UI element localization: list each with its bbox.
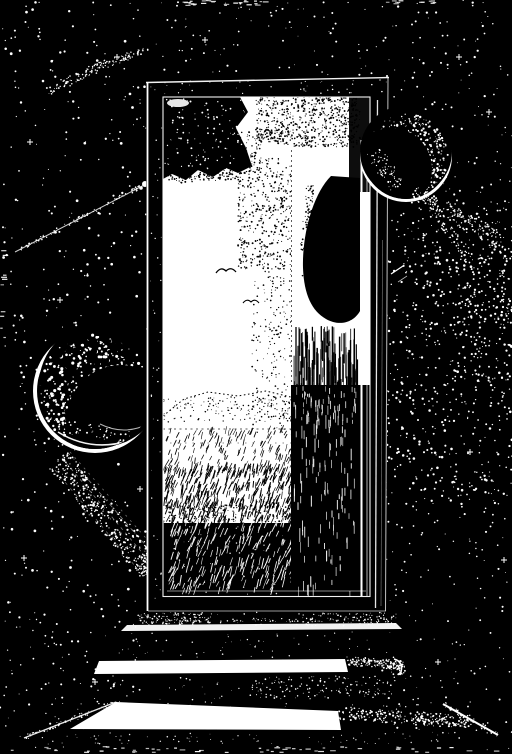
space-doorway-illustration: Doorway to a summer field, standing on a… <box>0 0 512 754</box>
doorway <box>146 77 389 612</box>
step-2-top-highlight <box>94 659 348 674</box>
door-opening <box>163 96 373 605</box>
illustration-canvas: Doorway to a summer field, standing on a… <box>0 0 512 754</box>
